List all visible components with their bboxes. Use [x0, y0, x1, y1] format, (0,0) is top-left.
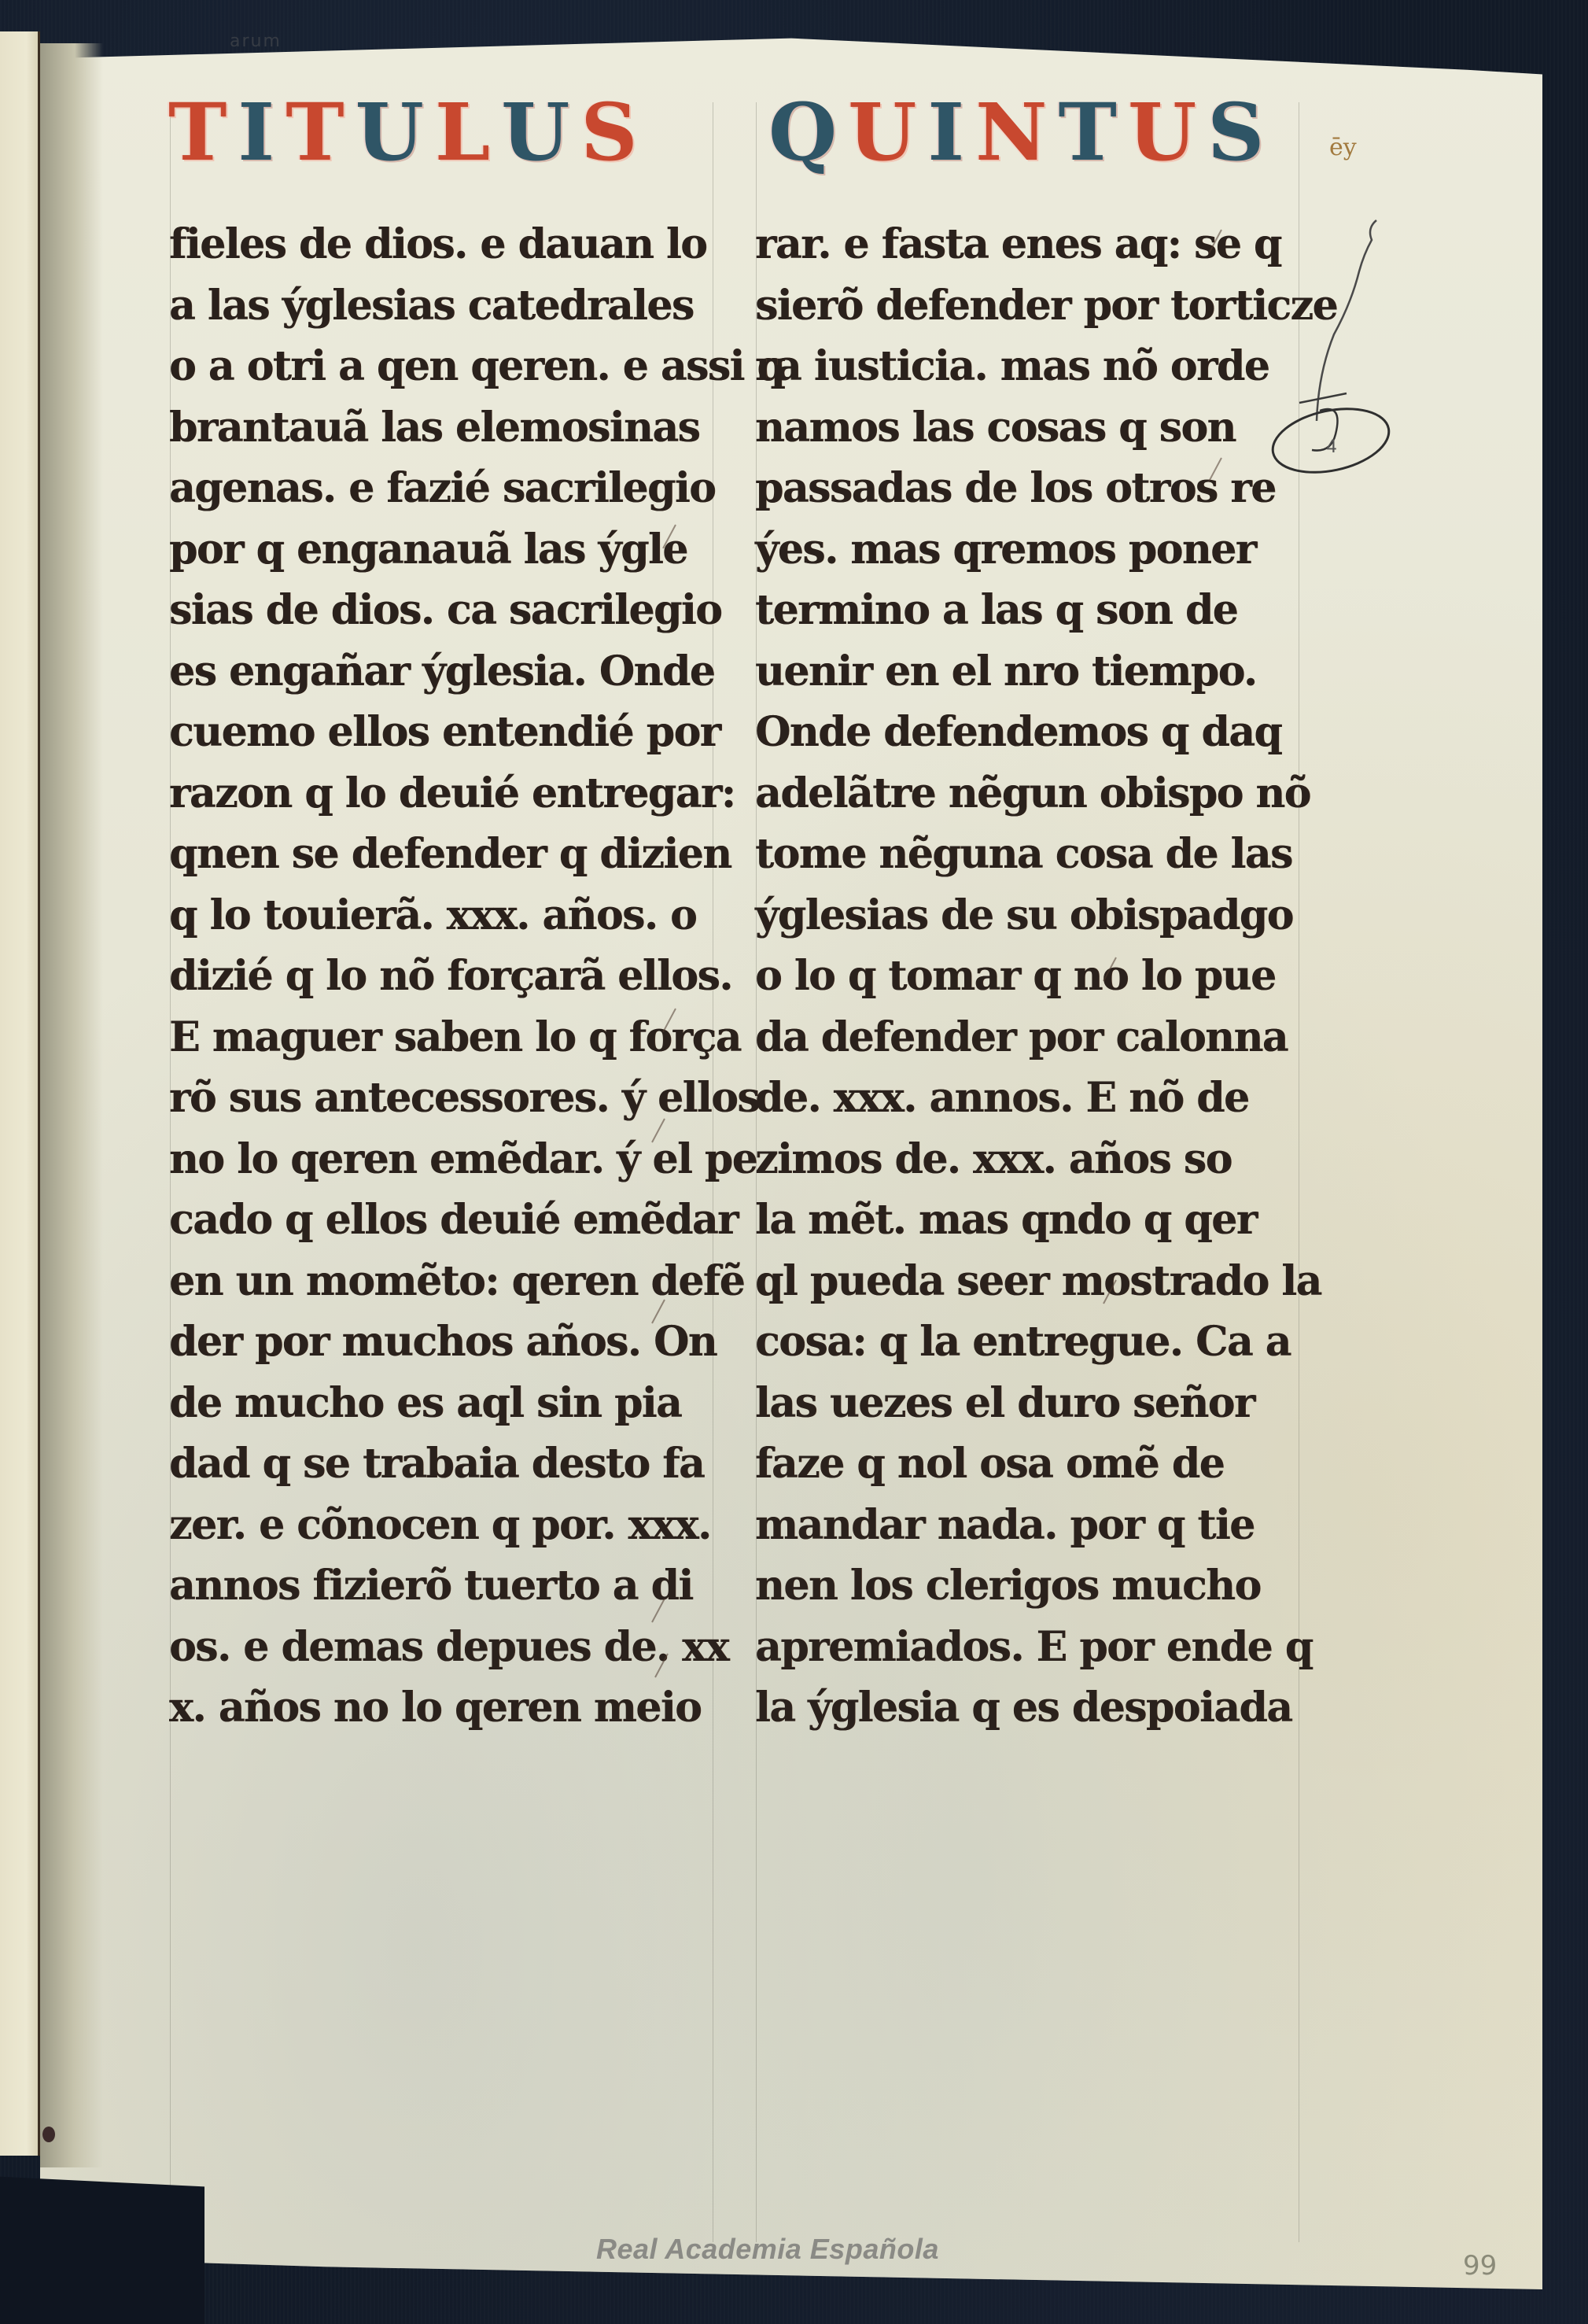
text-line: rõ sus antecessores. ý ellos: [169, 1068, 704, 1129]
text-line: nen los clerigos mucho: [755, 1555, 1290, 1617]
text-line: zimos de. xxx. años so: [755, 1129, 1290, 1190]
text-line: las uezes el duro señor: [755, 1373, 1290, 1434]
text-line: cado q ellos deuié emẽdar: [169, 1190, 704, 1251]
text-line: uenir en el nro tiempo.: [755, 641, 1290, 703]
text-line: rar. e fasta enes aq: se q: [755, 214, 1290, 275]
gutter-stain: [42, 2127, 55, 2142]
text-line: es engañar ýglesia. Onde: [169, 641, 704, 703]
text-line: o lo q tomar q no lo pue: [755, 946, 1290, 1007]
previous-page-edge: [0, 31, 40, 2156]
text-line: passadas de los otros re: [755, 458, 1290, 519]
text-line: o a otri a qen qeren. e assi q: [169, 336, 704, 397]
rubric-letter: I: [926, 93, 974, 172]
rubric-letter: U: [499, 93, 579, 172]
rubric-letter: T: [167, 93, 236, 172]
text-line: ýglesias de su obispadgo: [755, 885, 1290, 946]
text-line: sierõ defender por torticze: [755, 275, 1290, 337]
rubric-letter: T: [284, 93, 353, 172]
backdrop-corner: [0, 2164, 204, 2324]
text-line: Onde defendemos q daq: [755, 702, 1290, 763]
text-line: mandar nada. por q tie: [755, 1495, 1290, 1556]
text-line: fieles de dios. e dauan lo: [169, 214, 704, 275]
text-line: de mucho es aql sin pia: [169, 1373, 704, 1434]
watermark: Real Academia Española: [596, 2233, 939, 2266]
text-line: qnen se defender q dizien: [169, 824, 704, 885]
text-line: E maguer saben lo q força: [169, 1007, 704, 1068]
rubric-heading-right: QUINTUS: [767, 93, 1273, 172]
text-line: agenas. e fazié sacrilegio: [169, 458, 704, 519]
text-line: x. años no lo qeren meio: [169, 1677, 704, 1739]
rubric-letter: U: [1126, 93, 1206, 172]
text-line: no lo qeren emẽdar. ý el pe: [169, 1129, 704, 1190]
circled-numeral-icon: 4: [1258, 205, 1400, 488]
rubric-letter: T: [1057, 93, 1126, 172]
text-line: a las ýglesias catedrales: [169, 275, 704, 337]
text-line: ra iusticia. mas nõ orde: [755, 336, 1290, 397]
text-line: apremiados. E por ende q: [755, 1617, 1290, 1678]
text-line: razon q lo deuié entregar:: [169, 763, 704, 824]
folio-number: 99: [1463, 2250, 1497, 2282]
text-line: faze q nol osa omẽ de: [755, 1433, 1290, 1495]
text-line: dizié q lo nõ forçarã ellos.: [169, 946, 704, 1007]
text-line: la ýglesia q es despoiada: [755, 1677, 1290, 1739]
text-line: der por muchos años. On: [169, 1311, 704, 1373]
text-line: adelãtre nẽgun obispo nõ: [755, 763, 1290, 824]
text-line: zer. e cõnocen q por. xxx.: [169, 1495, 704, 1556]
rubric-letter: L: [433, 93, 499, 172]
rubric-letter: N: [974, 93, 1056, 172]
circled-numeral: 4: [1326, 437, 1337, 457]
margin-note: ēy: [1329, 134, 1357, 161]
text-column-right: rar. e fasta enes aq: se q sierõ defende…: [755, 214, 1290, 1739]
text-line: brantauã las elemosinas: [169, 397, 704, 459]
rubric-letter: U: [354, 93, 433, 172]
rubric-letter: S: [579, 93, 647, 172]
text-line: cuemo ellos entendié por: [169, 702, 704, 763]
text-line: ýes. mas qremos poner: [755, 519, 1290, 581]
text-line: namos las cosas q son: [755, 397, 1290, 459]
text-line: dad q se trabaia desto fa: [169, 1433, 704, 1495]
text-line: annos fizierõ tuerto a di: [169, 1555, 704, 1617]
text-line: de. xxx. annos. E nõ de: [755, 1068, 1290, 1129]
text-line: tome nẽguna cosa de las: [755, 824, 1290, 885]
rubric-letter: Q: [767, 93, 846, 172]
text-line: ql pueda seer mostrado la: [755, 1251, 1290, 1312]
rubric-letter: I: [236, 93, 284, 172]
rubric-letter: S: [1206, 93, 1273, 172]
text-line: por q enganauã las ýgle: [169, 519, 704, 581]
text-line: da defender por calonna: [755, 1007, 1290, 1068]
pencil-annotation: arum: [230, 31, 282, 51]
text-line: en un momẽto: qeren defẽ: [169, 1251, 704, 1312]
text-line: os. e demas depues de. xx: [169, 1617, 704, 1678]
text-line: termino a las q son de: [755, 580, 1290, 641]
rubric-heading-left: TITULUS: [167, 93, 647, 172]
text-line: sias de dios. ca sacrilegio: [169, 580, 704, 641]
rubric-letter: U: [846, 93, 926, 172]
text-line: cosa: q la entregue. Ca a: [755, 1311, 1290, 1373]
text-line: la mẽt. mas qndo q qer: [755, 1190, 1290, 1251]
gutter-shadow: [40, 43, 103, 2167]
text-line: q lo touierã. xxx. años. o: [169, 885, 704, 946]
text-column-left: fieles de dios. e dauan lo a las ýglesia…: [169, 214, 704, 1739]
